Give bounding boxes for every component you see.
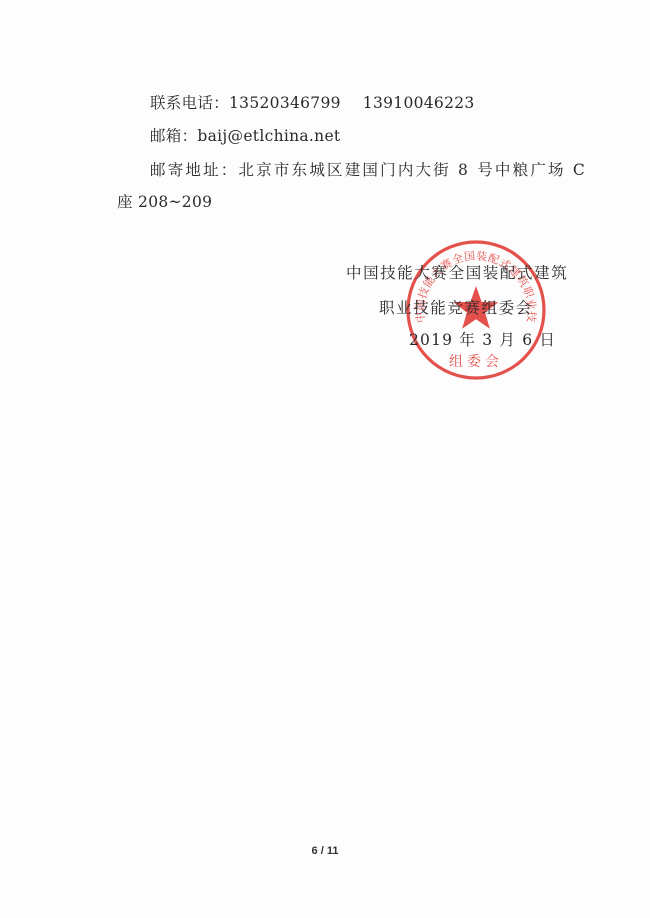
page-number: 6 / 11	[0, 845, 650, 857]
signature-org-line2: 职业技能竞赛组委会	[379, 298, 533, 318]
phone-label: 联系电话：	[150, 94, 229, 112]
contact-email-line: 邮箱：baij@etlchina.net	[150, 126, 340, 146]
document-page: 联系电话：1352034679913910046223 邮箱：baij@etlc…	[0, 0, 650, 918]
seal-bottom-text: 组委会	[449, 354, 503, 370]
phone-number-2: 13910046223	[363, 94, 475, 112]
contact-address-continuation: 座 208~209	[117, 192, 212, 212]
contact-phone-line: 联系电话：1352034679913910046223	[150, 93, 475, 113]
contact-address-line: 邮寄地址：北京市东城区建国门内大街 8 号中粮广场 C	[150, 160, 587, 180]
address-text-line1: 北京市东城区建国门内大街 8 号中粮广场 C	[239, 161, 587, 179]
email-label: 邮箱：	[150, 127, 197, 145]
address-text-line2: 座 208~209	[117, 193, 212, 211]
address-label: 邮寄地址：	[150, 161, 239, 179]
signature-org-line1: 中国技能大赛全国装配式建筑	[346, 263, 568, 283]
email-address: baij@etlchina.net	[197, 127, 340, 145]
signature-date: 2019 年 3 月 6 日	[409, 330, 556, 350]
phone-number-1: 13520346799	[229, 94, 341, 112]
